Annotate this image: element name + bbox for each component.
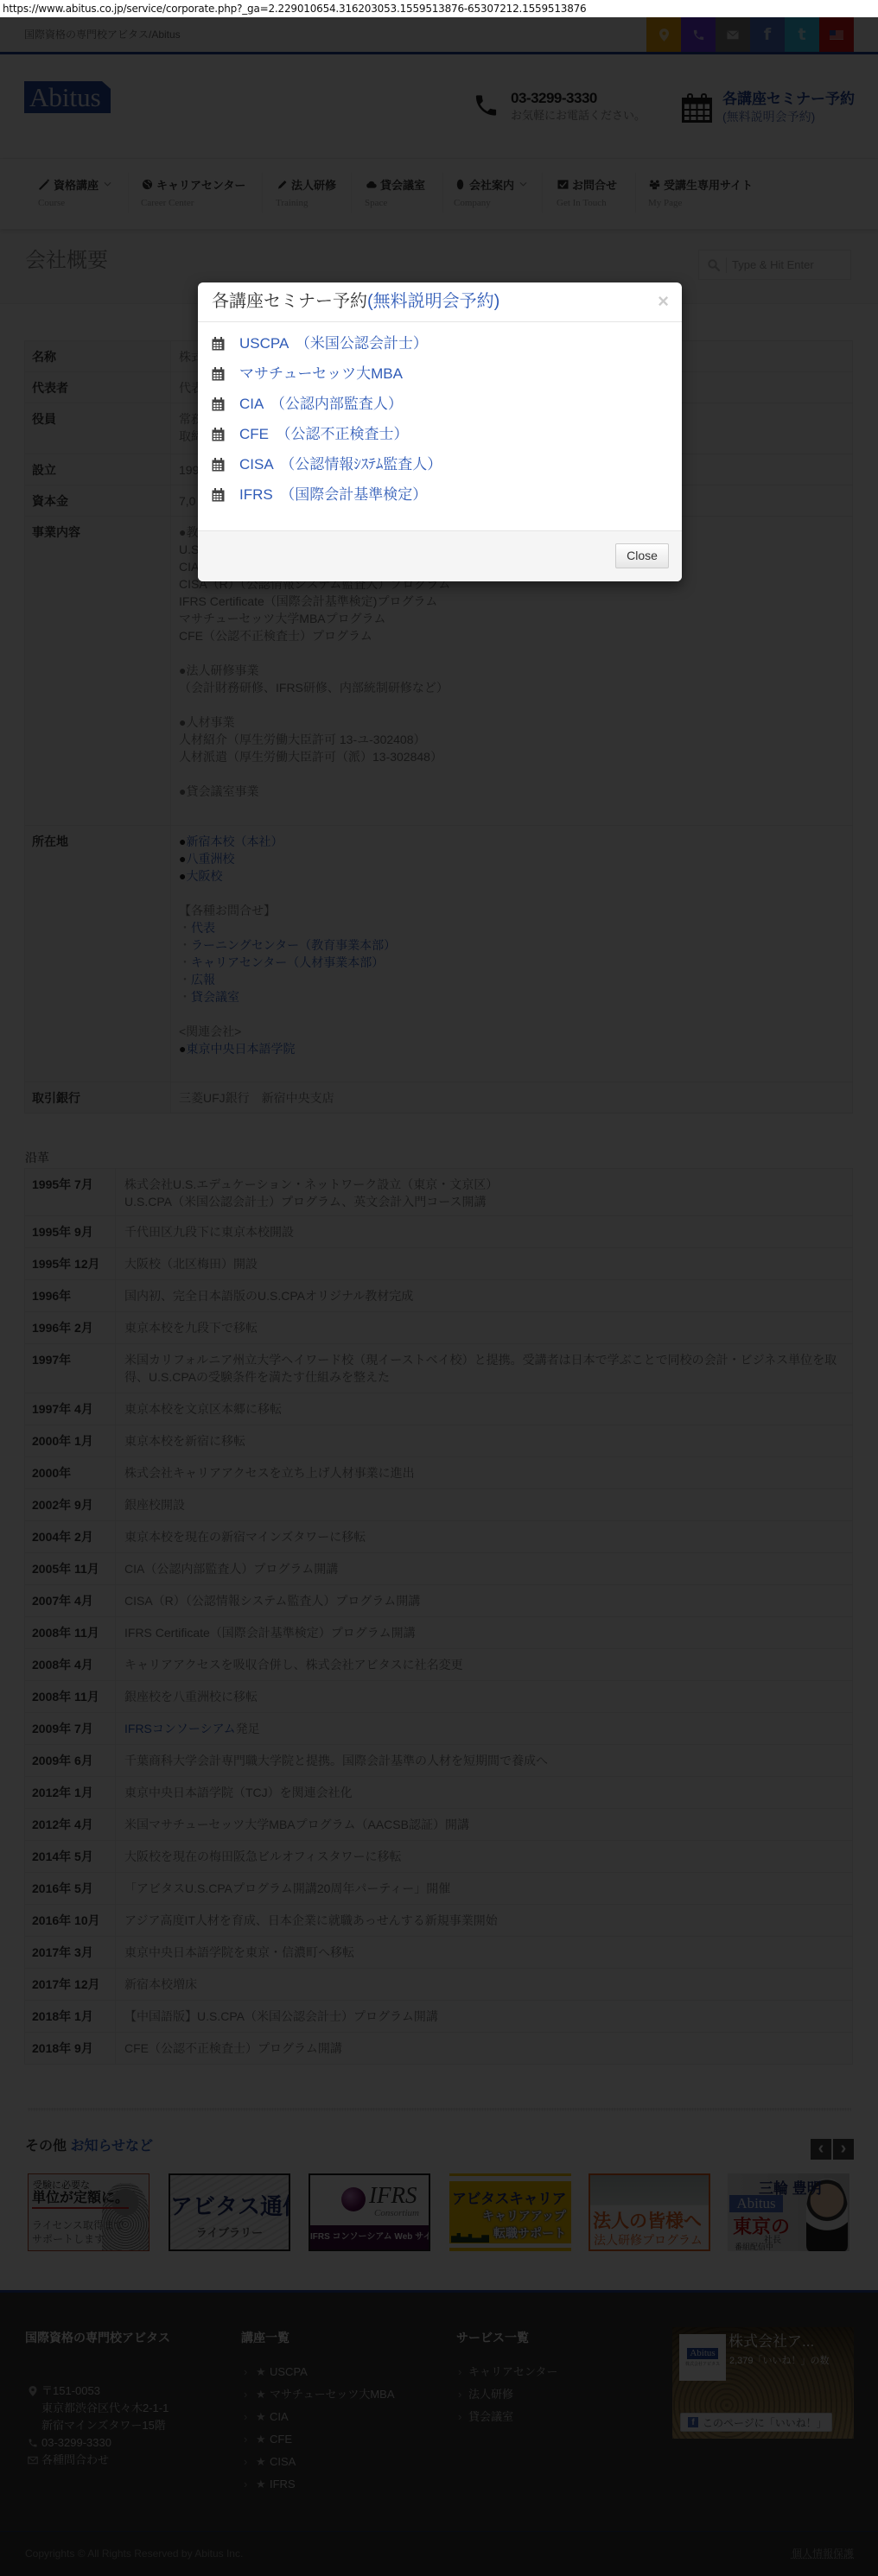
seminar-link-ifrs[interactable]: IFRS （国際会計基準検定） (239, 486, 427, 504)
seminar-link-cia[interactable]: CIA （公認内部監査人） (239, 396, 403, 413)
seminar-list-item: CIA （公認内部監査人） (212, 396, 668, 413)
modal-close-button[interactable]: Close (615, 543, 669, 568)
seminar-link-uscpa[interactable]: USCPA （米国公認会計士） (239, 335, 428, 352)
calendar-icon (212, 488, 225, 502)
calendar-icon (212, 397, 225, 411)
seminar-list-item: IFRS （国際会計基準検定） (212, 486, 668, 504)
calendar-icon (212, 337, 225, 351)
calendar-icon (212, 367, 225, 381)
seminar-link-cfe[interactable]: CFE （公認不正検査士） (239, 426, 409, 443)
page: https://www.abitus.co.jp/service/corpora… (0, 0, 878, 2576)
seminar-link-cisa[interactable]: CISA （公認情報ｼｽﾃﾑ監査人） (239, 456, 442, 473)
modal-body: USCPA （米国公認会計士） マサチューセッツ大MBA CIA （公認内部監査… (198, 322, 682, 530)
modal-footer: Close (198, 530, 682, 581)
seminar-reservation-modal: 各講座セミナー予約(無料説明会予約) × USCPA （米国公認会計士） マサチ… (198, 282, 682, 581)
browser-url-bar[interactable]: https://www.abitus.co.jp/service/corpora… (0, 0, 878, 17)
modal-title: 各講座セミナー予約(無料説明会予約) (212, 292, 668, 311)
calendar-icon (212, 428, 225, 441)
seminar-list-item: USCPA （米国公認会計士） (212, 335, 668, 352)
calendar-icon (212, 458, 225, 472)
seminar-link-mba[interactable]: マサチューセッツ大MBA (239, 365, 403, 383)
url-text: https://www.abitus.co.jp/service/corpora… (3, 3, 587, 15)
seminar-list-item: CFE （公認不正検査士） (212, 426, 668, 443)
modal-title-main: 各講座セミナー予約 (212, 292, 367, 311)
modal-title-highlight: (無料説明会予約) (367, 292, 499, 311)
modal-header: 各講座セミナー予約(無料説明会予約) × (198, 282, 682, 322)
seminar-list-item: マサチューセッツ大MBA (212, 365, 668, 383)
modal-close-icon[interactable]: × (658, 292, 669, 311)
seminar-list-item: CISA （公認情報ｼｽﾃﾑ監査人） (212, 456, 668, 473)
